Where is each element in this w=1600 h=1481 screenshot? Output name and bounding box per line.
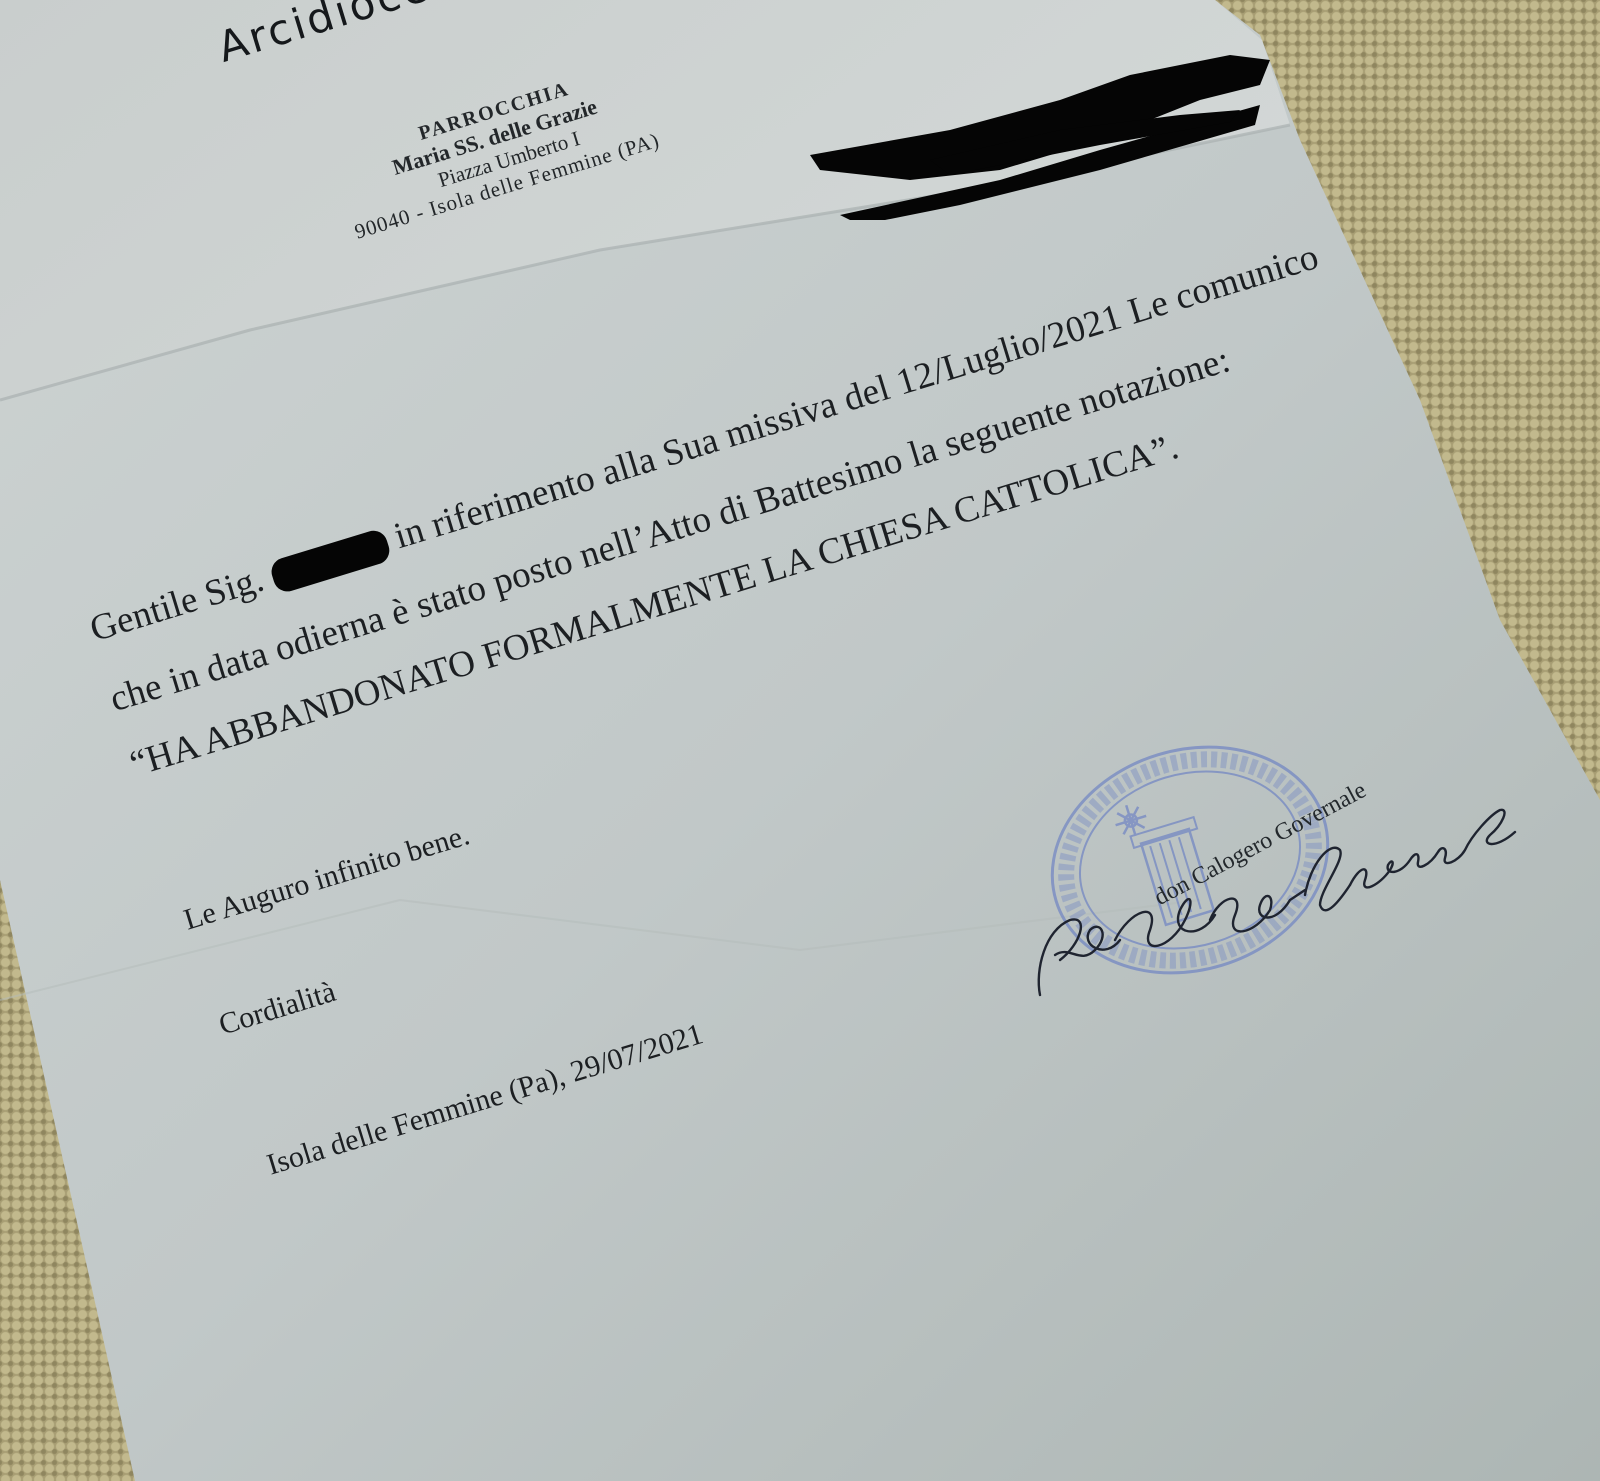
address-redaction bbox=[800, 30, 1280, 220]
handwritten-signature bbox=[1020, 770, 1540, 1010]
